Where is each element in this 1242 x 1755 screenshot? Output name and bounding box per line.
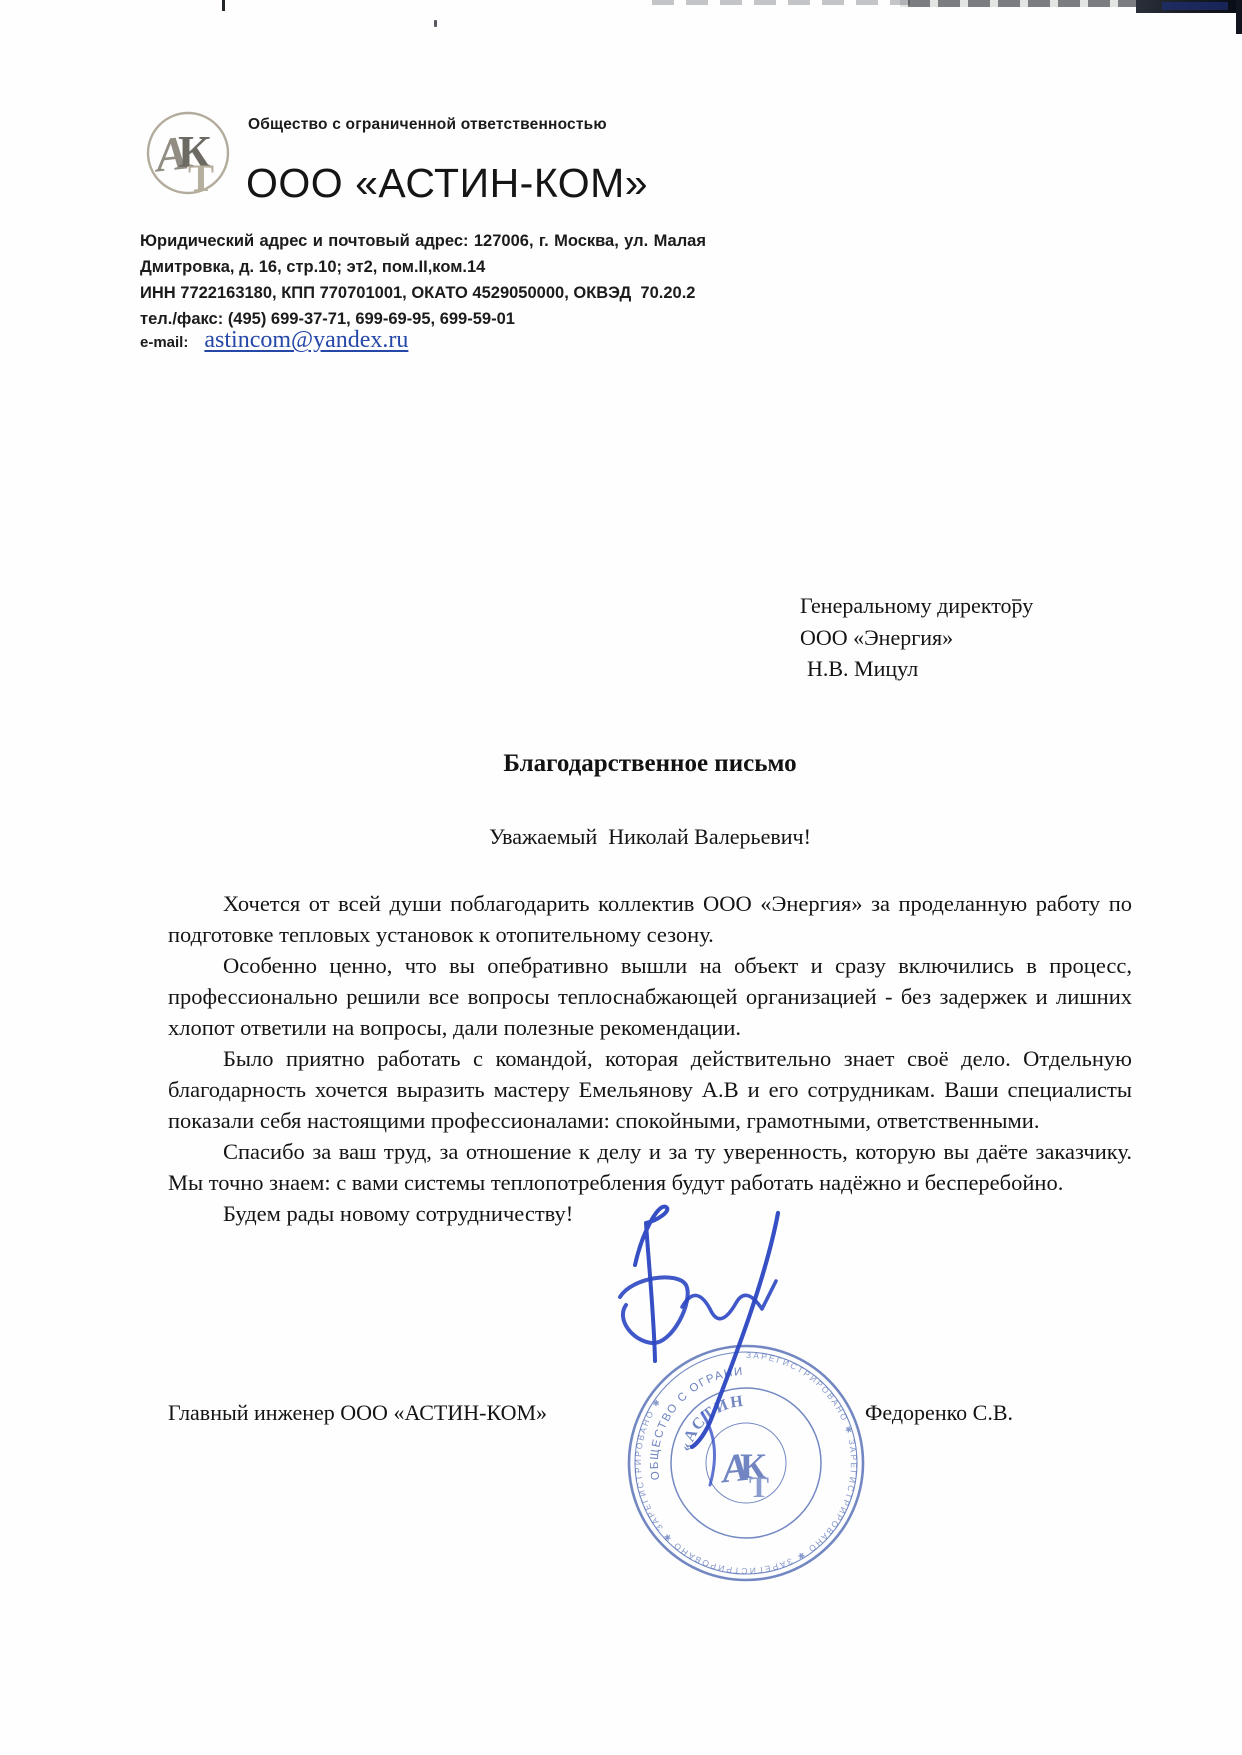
letter-paragraph: Хочется от всей души поблагодарить колле… — [168, 888, 1132, 950]
svg-text:Т: Т — [749, 1471, 769, 1504]
recipient-block: Генеральному директору ООО «Энергия» Н.В… — [800, 590, 1033, 685]
email-link[interactable]: astincom@yandex.ru — [204, 327, 408, 354]
recipient-line-1: Генеральному директору — [800, 590, 1033, 622]
scan-artifact-streak — [640, 0, 910, 5]
recipient-line-3: Н.В. Мицул — [800, 653, 1033, 685]
contacts-block: Юридический адрес и почтовый адрес: 1270… — [140, 228, 706, 332]
letter-title: Благодарственное письмо — [168, 750, 1132, 778]
company-name: ООО «АСТИН-КОМ» — [246, 160, 648, 207]
signature-position: Главный инженер ООО «АСТИН-КОМ» — [168, 1400, 547, 1426]
email-label: e-mail: — [140, 334, 188, 351]
email-row: e-mail: astincom@yandex.ru — [140, 327, 408, 354]
company-stamp: ЗАРЕГИСТРИРОВАНО ✱ ЗАРЕГИСТРИРОВАНО ✱ ЗА… — [560, 1185, 890, 1605]
salutation: Уважаемый Николай Валерьевич! — [168, 824, 1132, 850]
company-logo: А К Т — [145, 110, 231, 196]
codes-line: ИНН 7722163180, КПП 770701001, ОКАТО 452… — [140, 280, 706, 306]
scan-artifact-dot — [434, 20, 437, 27]
scanned-letter-page: А К Т Общество с ограниченной ответствен… — [0, 0, 1242, 1755]
letter-paragraph: Особенно ценно, что вы опебративно вышли… — [168, 950, 1132, 1043]
letter-paragraph: Было приятно работать с командой, котора… — [168, 1043, 1132, 1136]
org-type-label: Общество с ограниченной ответственностью — [248, 116, 607, 134]
scan-artifact-corner — [1162, 2, 1228, 10]
recipient-line-2: ООО «Энергия» — [800, 622, 1033, 654]
stamp-monogram: А К Т — [717, 1444, 769, 1504]
address-line: Юридический адрес и почтовый адрес: 1270… — [140, 228, 706, 280]
scan-artifact-tick — [222, 0, 225, 11]
scan-artifact-streak — [900, 0, 1140, 7]
scan-artifact-corner — [1236, 0, 1242, 34]
letter-body: Хочется от всей души поблагодарить колле… — [168, 888, 1132, 1229]
logo-letter-t: Т — [188, 157, 214, 196]
